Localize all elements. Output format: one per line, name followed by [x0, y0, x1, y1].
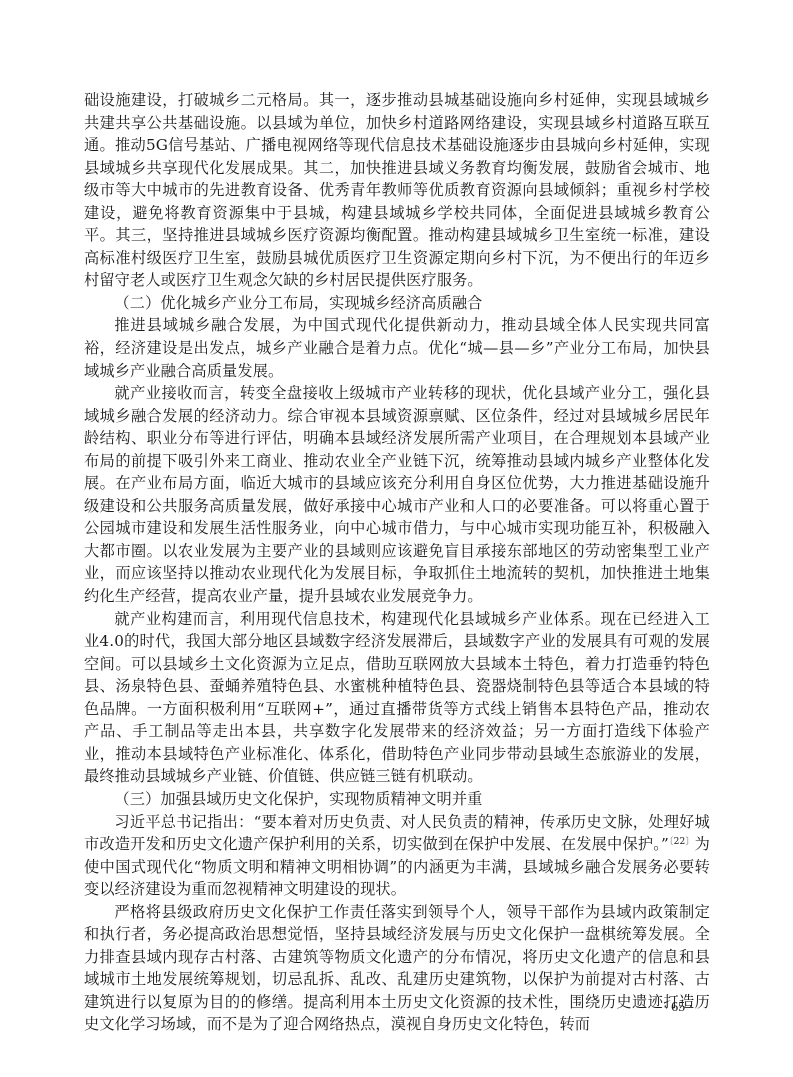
page-number: · 65 · [663, 1000, 693, 1016]
paragraph-industry-reception: 就产业接收而言，转变全盘接收上级城市产业转移的现状，优化县域产业分工，强化县域城… [84, 382, 710, 607]
article-body: 础设施建设，打破城乡二元格局。其一，逐步推动县城基础设施向乡村延伸，实现县域城乡… [84, 89, 710, 1036]
quote-text: 习近平总书记指出：“要本着对历史负责、对人民负责的精神，传承历史文脉，处理好城市… [84, 813, 710, 854]
paragraph-industry-construction: 就产业构建而言，利用现代信息技术，构建现代化县域城乡产业体系。现在已经进入工业4… [84, 608, 710, 788]
paragraph-quote: 习近平总书记指出：“要本着对历史负责、对人民负责的精神，传承历史文脉，处理好城市… [84, 811, 710, 901]
citation-marker: 〔22〕 [669, 837, 695, 847]
section-heading-3: （三）加强县域历史文化保护，实现物质精神文明并重 [84, 788, 710, 811]
paragraph-infrastructure: 础设施建设，打破城乡二元格局。其一，逐步推动县城基础设施向乡村延伸，实现县域城乡… [84, 89, 710, 292]
section-heading-2: （二）优化城乡产业分工布局，实现城乡经济高质融合 [84, 292, 710, 315]
paragraph-heritage-protection: 严格将县级政府历史文化保护工作责任落实到领导个人，领导干部作为县域内政策制定和执… [84, 901, 710, 1036]
paragraph-industry-intro: 推进县域城乡融合发展，为中国式现代化提供新动力，推动县域全体人民实现共同富裕，经… [84, 314, 710, 382]
